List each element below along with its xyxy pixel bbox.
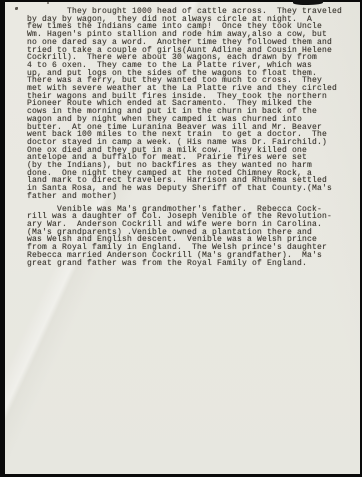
paragraph-venible-ancestry: Venible was Ma's grandmother's father. R… <box>27 206 352 268</box>
ink-speck <box>15 7 18 10</box>
paper-sheet: They brought 1000 head of cattle across.… <box>5 2 360 474</box>
typewritten-text: They brought 1000 head of cattle across.… <box>27 8 352 267</box>
paragraph-cattle-crossing: They brought 1000 head of cattle across.… <box>27 8 352 201</box>
scanned-page-background: { "colors": { "paper": "#e9e8e1", "ink":… <box>0 0 362 477</box>
ink-speck-small <box>47 2 49 4</box>
scan-smudge-top-edge <box>293 0 323 5</box>
